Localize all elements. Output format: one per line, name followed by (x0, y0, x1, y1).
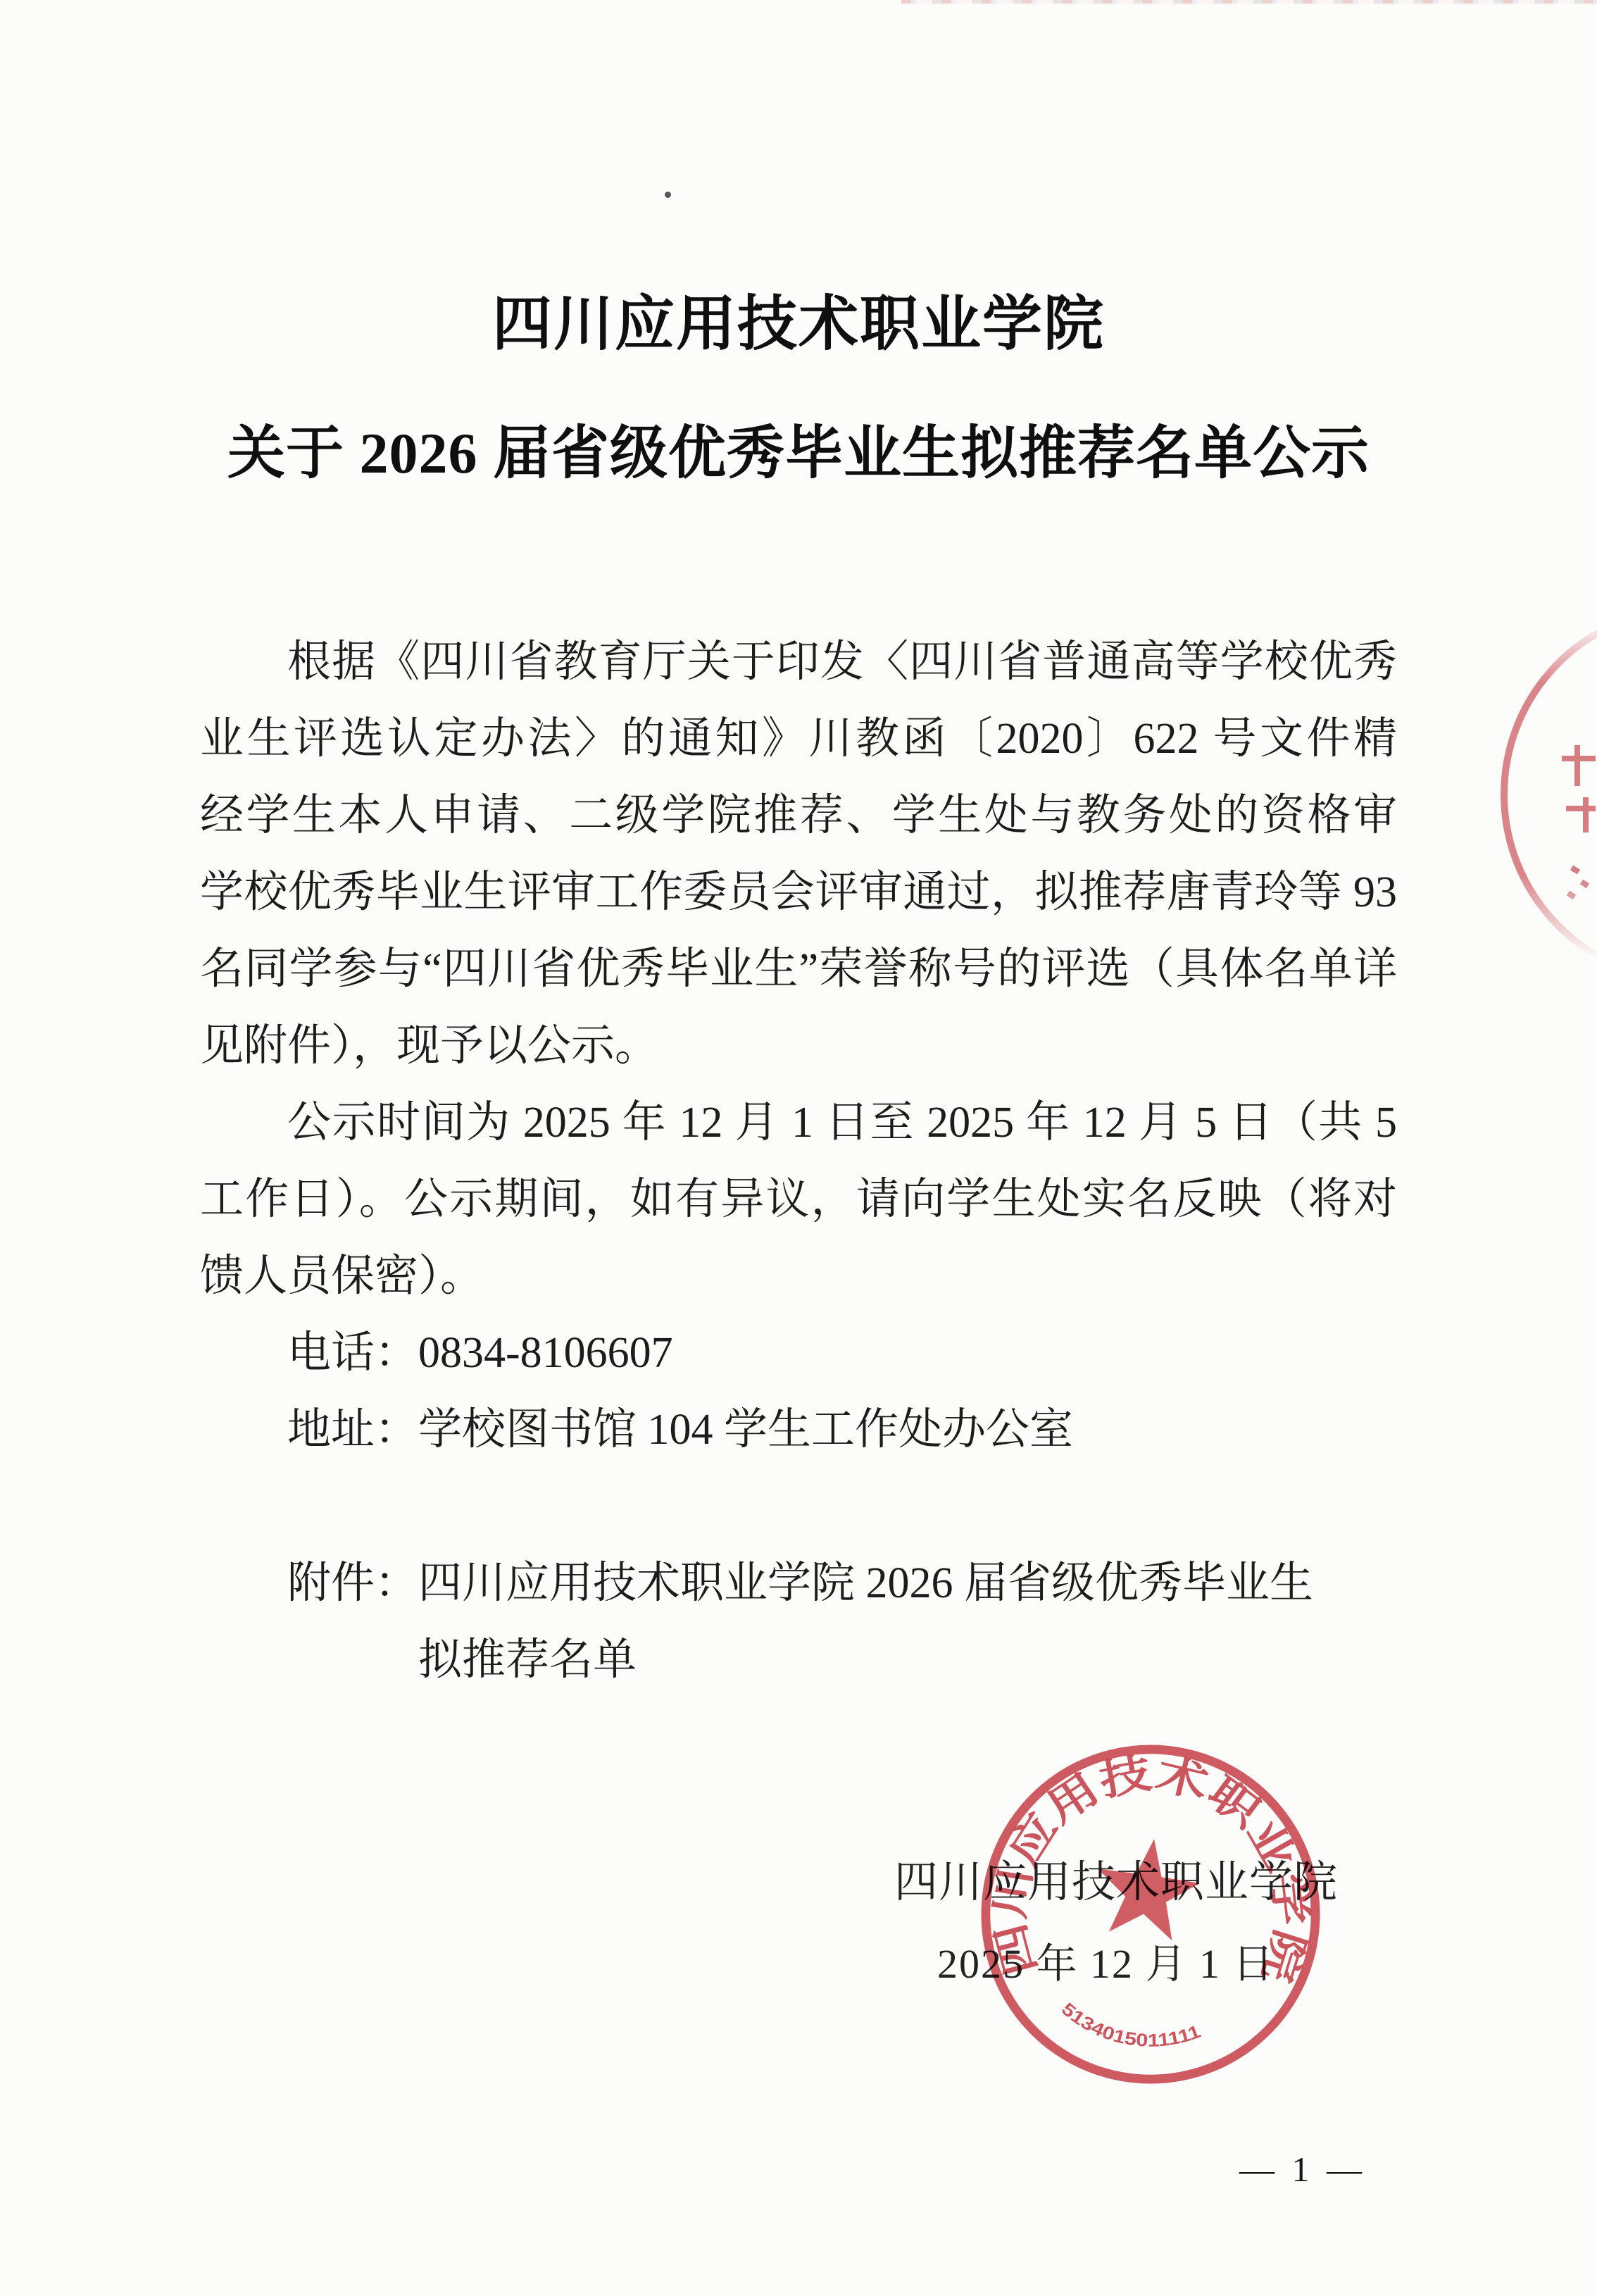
body-line-attachment: 附件：四川应用技术职业学院 2026 届省级优秀毕业生 (200, 1545, 1397, 1622)
body-line: 工作日）。公示期间，如有异议，请向学生处实名反映（将对反 (200, 1161, 1397, 1238)
edge-seal-ring (1504, 620, 1597, 972)
edge-seal-glyph-fragments (1562, 745, 1596, 897)
scan-noise-strip (901, 0, 1597, 4)
body-line: 见附件），现予以公示。 (200, 1008, 1397, 1085)
body-line: 根据《四川省教育厅关于印发〈四川省普通高等学校优秀毕 (200, 624, 1397, 701)
page-number: — 1 — (1239, 2150, 1422, 2189)
scanned-document-page: 四川应用技术职业学院 关于 2026 届省级优秀毕业生拟推荐名单公示 根据《四川… (0, 0, 1597, 2296)
body-line-phone: 电话：0834-8106607 (200, 1315, 1397, 1392)
blank-line (200, 1468, 1397, 1545)
document-body: 根据《四川省教育厅关于印发〈四川省普通高等学校优秀毕 业生评选认定办法〉的通知》… (200, 624, 1397, 1699)
body-line: 名同学参与“四川省优秀毕业生”荣誉称号的评选（具体名单详 (200, 931, 1397, 1008)
official-seal: 四川应用技术职业学院 5134015011111 (958, 1722, 1344, 2107)
document-title: 四川应用技术职业学院 (0, 293, 1597, 356)
seal-serial-holder: 5134015011111 (1054, 1997, 1206, 2059)
seal-star-icon (1089, 1832, 1205, 1943)
body-line: 业生评选认定办法〉的通知》川教函〔2020〕622 号文件精神， (200, 701, 1397, 778)
seal-serial-number: 5134015011111 (1054, 1997, 1206, 2059)
body-line-address: 地址：学校图书馆 104 学生工作处办公室 (200, 1392, 1397, 1468)
body-line-attachment-2: 拟推荐名单 (200, 1622, 1397, 1699)
body-line: 公示时间为 2025 年 12 月 1 日至 2025 年 12 月 5 日（共… (200, 1085, 1397, 1161)
edge-seal-fragment (1498, 620, 1597, 972)
body-line: 经学生本人申请、二级学院推荐、学生处与教务处的资格审查、 (200, 778, 1397, 854)
document-subtitle: 关于 2026 届省级优秀毕业生拟推荐名单公示 (0, 421, 1597, 486)
body-line: 馈人员保密）。 (200, 1238, 1397, 1315)
scan-artifact-dot (665, 192, 671, 198)
body-line: 学校优秀毕业生评审工作委员会评审通过，拟推荐唐青玲等 93 (200, 854, 1397, 931)
